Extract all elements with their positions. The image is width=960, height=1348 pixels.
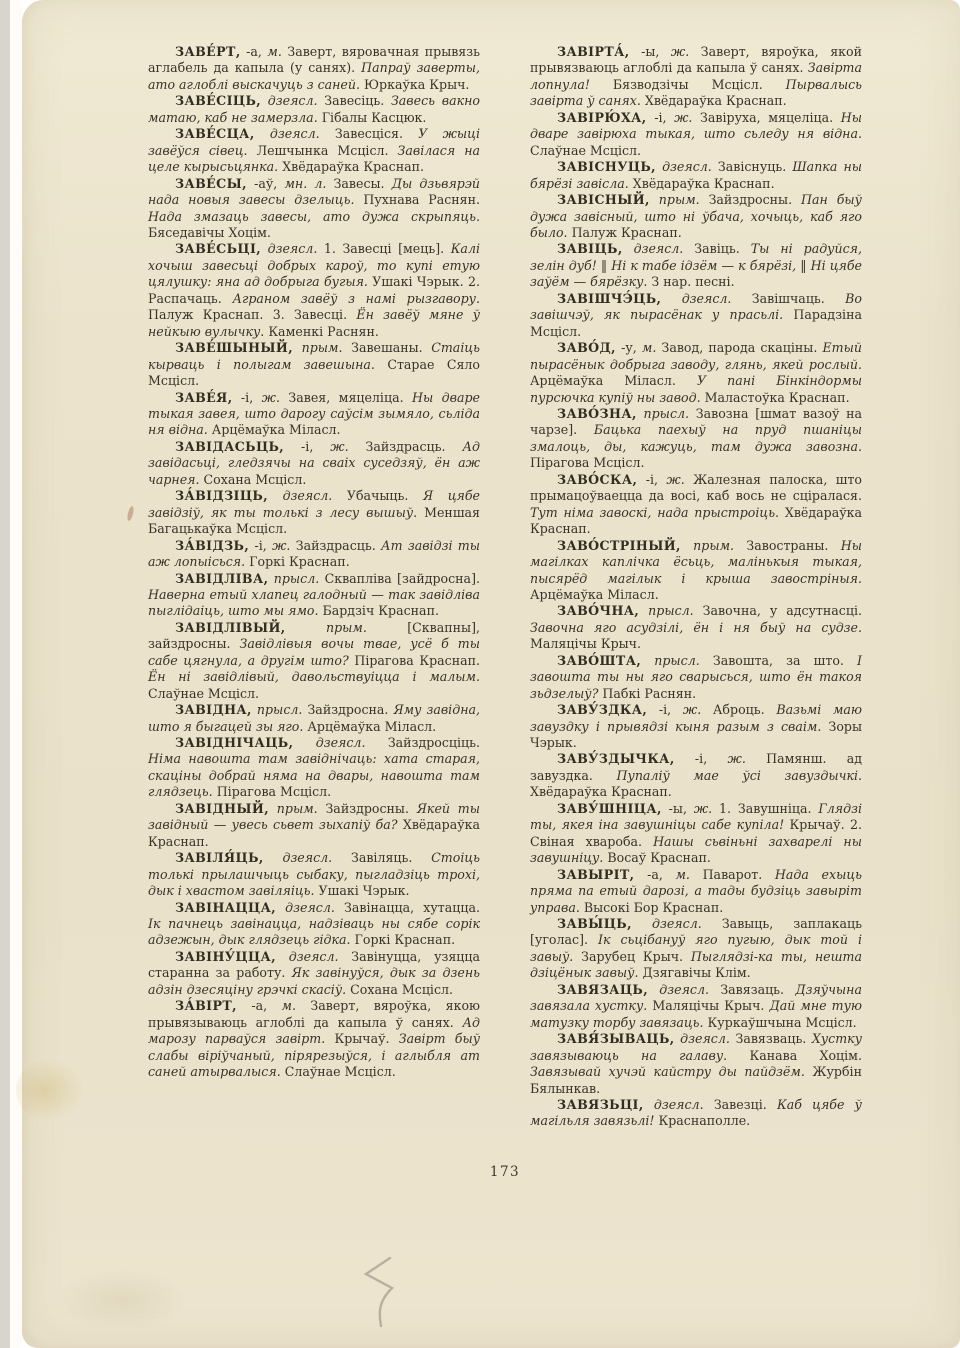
entry-text: ж. <box>262 390 280 405</box>
dictionary-entry: ЗА́ВІРТ, -а, м. Заверт, вяроўка, якою пр… <box>148 998 480 1080</box>
entry-text: -і, <box>637 472 666 487</box>
entry-text: -і, <box>675 751 728 766</box>
headword: ЗАВЕ́СЦА, <box>175 126 255 141</box>
dictionary-entry: ЗАВІДНІЧАЦЬ, дзеясл. Зайздросціць. Німа … <box>148 735 480 801</box>
headword: ЗАВЕ́Я, <box>175 390 232 405</box>
dictionary-entry: ЗА́ВІДЗЬ, -і, ж. Зайздрасць. Ат завідзі … <box>148 538 480 571</box>
dictionary-entry: ЗАВУ́ЗДЫЧКА, -і, ж. Памянш. ад завуздка.… <box>530 751 862 800</box>
book-page: ЗАВЕ́РТ, -а, м. Заверт, вяровачная прывя… <box>22 0 960 1348</box>
headword: ЗАВЕ́СЫ, <box>175 176 247 191</box>
left-column: ЗАВЕ́РТ, -а, м. Заверт, вяровачная прывя… <box>148 44 480 1130</box>
entry-text: Завязваць. <box>730 1031 812 1046</box>
entry-text: ж. <box>330 439 348 454</box>
entry-text: Завіснуць. <box>712 159 793 174</box>
entry-text: Арцёмаўка Міласл. <box>530 587 659 602</box>
dictionary-entry: ЗА́ВІДЗІЦЬ, дзеясл. Убачыць. Я цябе заві… <box>148 488 480 537</box>
dictionary-entry: ЗАВІШЧЭ́ЦЬ, дзеясл. Завішчаць. Во завішч… <box>530 291 862 340</box>
entry-text: -і, <box>249 538 272 553</box>
entry-text: -і, <box>647 702 683 717</box>
entry-text: Пірагова Краснап. <box>349 653 480 668</box>
dictionary-entry: ЗАВУ́ШНІЦА, -ы, ж. 1. Завушніца. Глядзі … <box>530 801 862 867</box>
entry-text: Зайздросціць. <box>365 735 480 750</box>
entry-text: дзеясл. <box>656 159 712 174</box>
entry-text: -аў, <box>247 176 285 191</box>
headword: ЗАВЕ́ШЫНЫЙ, <box>175 340 293 355</box>
dictionary-entry: ЗАВІСНУЦЬ, дзеясл. Завіснуць. Шапка ны б… <box>530 159 862 192</box>
dictionary-entry: ЗАВЕ́СЦА, дзеясл. Завесціся. У жыці завё… <box>148 126 480 175</box>
entry-text: Паварот. <box>690 867 775 882</box>
entry-text: м. <box>267 44 281 59</box>
entry-text: Канава Хоцім. <box>727 1048 862 1063</box>
headword: ЗАВЫ́ЦЬ, <box>557 916 632 931</box>
entry-text: м. <box>675 867 689 882</box>
headword: ЗАВІДАСЬЦЬ, <box>175 439 284 454</box>
headword: ЗАВУ́ШНІЦА, <box>557 801 662 816</box>
entry-text: ж. <box>683 702 701 717</box>
headword: ЗАВІНАЦЦА, <box>175 900 276 915</box>
headword: ЗАВІЛЯ́ЦЬ, <box>175 850 264 865</box>
entry-text: Маластоўка Краснап. <box>701 390 850 405</box>
entry-text: Палуж Краснап. 3. Завесці. <box>148 307 356 322</box>
dictionary-entry: ЗАВІНУ́ЦЦА, дзеясл. Завінуцца, узяцца ст… <box>148 949 480 998</box>
entry-text: прым. <box>269 801 318 816</box>
headword: ЗАВЕ́РТ, <box>175 44 241 59</box>
entry-text: дзеясл. <box>293 735 365 750</box>
entry-text: Бяседавічы Хоцім. <box>148 225 271 240</box>
entry-text: Крычаў. <box>325 1031 399 1046</box>
entry-text: прым. <box>286 620 367 635</box>
dictionary-entry: ЗАВІДНЫЙ, прым. Зайздросны. Якей ты заві… <box>148 801 480 850</box>
headword: ЗАВЯ́ЗЫВАЦЬ, <box>557 1031 675 1046</box>
headword: ЗАВІДЛІВЫЙ, <box>175 620 286 635</box>
paper-stain <box>56 1270 186 1330</box>
entry-text: Высокі Бор Краснап. <box>580 900 723 915</box>
headword: ЗАВО́СТРІНЫЙ, <box>557 538 681 553</box>
entry-text: 1. Завушніца. <box>712 801 818 816</box>
headword: ЗАВІСНЫЙ, <box>557 192 650 207</box>
entry-text: Хвёдараўка Краснап. <box>278 159 424 174</box>
dictionary-entry: ЗАВЕ́СІЦЬ, дзеясл. Завесіць. Завесь вакн… <box>148 93 480 126</box>
entry-text: Восаў Краснап. <box>603 850 710 865</box>
entry-text: ж. <box>671 44 689 59</box>
entry-text: дзеясл. <box>623 241 684 256</box>
entry-text: Завесціся. <box>320 126 419 141</box>
entry-text: Лешчынка Мсцісл. <box>248 143 398 158</box>
entry-text: прысл. <box>641 653 700 668</box>
entry-text: Куркаўшчына Мсцісл. <box>704 1015 857 1030</box>
dictionary-entry: ЗАВУ́ЗДКА, -і, ж. Аброць. Вазьмі маю зав… <box>530 702 862 751</box>
entry-text: прым. <box>293 340 342 355</box>
dictionary-entry: ЗАВЫ́ЦЬ, дзеясл. Завыць, заплакаць [угол… <box>530 916 862 982</box>
entry-text: Завінацца, хутацца. <box>335 900 480 915</box>
entry-text: прысл. <box>268 571 319 586</box>
entry-text: Сохана Мсцісл. <box>346 982 453 997</box>
entry-text: дзеясл. <box>261 93 317 108</box>
headword: ЗАВІНУ́ЦЦА, <box>175 949 276 964</box>
dictionary-entry: ЗАВЯЗЬЦІ, дзеясл. Завезці. Каб цябе ў ма… <box>530 1097 862 1130</box>
entry-text: 1. Завесці [мець]. <box>317 241 450 256</box>
entry-text: -а, <box>237 998 282 1013</box>
entry-text: Сохана Мсцісл. <box>200 472 307 487</box>
entry-text: -і, <box>232 390 261 405</box>
entry-text: ж. <box>694 801 712 816</box>
entry-text: Юркаўка Крыч. <box>360 77 469 92</box>
headword: ЗАВЯЗАЦЬ, <box>557 982 648 997</box>
headword: ЗАВІШЧЭ́ЦЬ, <box>557 291 661 306</box>
entry-text: Бязводзічы Мсцісл. <box>590 77 786 92</box>
entry-text: Зайздросны. <box>318 801 417 816</box>
headword: ЗАВІРЮ́ХА, <box>557 110 647 125</box>
headword: ЗАВО́ЧНА, <box>557 603 639 618</box>
entry-text: -ы, <box>630 44 671 59</box>
entry-text: прым. <box>681 538 734 553</box>
headword: ЗА́ВІРТ, <box>175 998 237 1013</box>
two-column-layout: ЗАВЕ́РТ, -а, м. Заверт, вяровачная прывя… <box>148 44 862 1130</box>
dictionary-entry: ЗАВІЛЯ́ЦЬ, дзеясл. Завіляць. Стоіць толь… <box>148 850 480 899</box>
entry-text: Горкі Краснап. <box>351 932 456 947</box>
dictionary-entry: ЗАВІРЮ́ХА, -і, ж. Завіруха, мяцеліца. Ны… <box>530 110 862 159</box>
entry-text: Завесіць. <box>318 93 391 108</box>
entry-text: Краснаполле. <box>654 1113 750 1128</box>
entry-text: Бардзіч Краснап. <box>318 603 438 618</box>
headword: ЗАВО́ШТА, <box>557 653 641 668</box>
headword: ЗАВІДНІЧАЦЬ, <box>175 735 293 750</box>
entry-text: ж. <box>666 472 684 487</box>
entry-text: м. <box>642 340 656 355</box>
entry-text: Хвёдараўка Краснап. <box>530 784 672 799</box>
entry-text: прысл. <box>252 702 303 717</box>
entry-text: Зарубец Крыч. <box>573 949 691 964</box>
headword: ЗАВІЦЬ, <box>557 241 623 256</box>
entry-text: -ы, <box>662 801 694 816</box>
dictionary-entry: ЗАВО́ШТА, прысл. Завошта, за што. І заво… <box>530 653 862 702</box>
entry-text: Ушакі Чэрык. <box>315 883 410 898</box>
entry-text: Пухнава Раснян. <box>354 192 480 207</box>
entry-text: Нада змазаць завесы, ато дужа скрыпяць. <box>148 209 480 224</box>
dictionary-entry: ЗАВЕ́СЫ, -аў, мн. л. Завесы. Ды дзьвярэй… <box>148 176 480 242</box>
entry-text: Каменкі Раснян. <box>264 324 379 339</box>
entry-text: Завея, мяцеліца. <box>280 390 412 405</box>
dictionary-entry: ЗАВО́СКА, -і, ж. Жалезная палоска, што п… <box>530 472 862 538</box>
entry-text: Убачыць. <box>332 488 423 503</box>
entry-text: Пупаліў мае ўсі завуздычкі. <box>617 768 862 783</box>
page-text-area: ЗАВЕ́РТ, -а, м. Заверт, вяровачная прывя… <box>148 44 862 1180</box>
entry-text: м. <box>282 998 296 1013</box>
dictionary-entry: ЗАВІДАСЬЦЬ, -і, ж. Зайздрасць. Ад завіда… <box>148 439 480 488</box>
dictionary-entry: ЗАВІЦЬ, дзеясл. Завіць. Ты ні радуйся, з… <box>530 241 862 290</box>
entry-text: Завошта, за што. <box>700 653 857 668</box>
entry-text: дзеясл. <box>264 850 333 865</box>
entry-text: дзеясл. <box>632 916 702 931</box>
entry-text: Завішчаць. <box>731 291 845 306</box>
entry-text: Завесы. <box>326 176 391 191</box>
dictionary-entry: ЗАВЕ́Я, -і, ж. Завея, мяцеліца. Ны дваре… <box>148 390 480 439</box>
entry-text: дзеясл. <box>261 241 317 256</box>
entry-text: Завязаць. <box>709 982 795 997</box>
entry-text: Хвёдараўка Краснап. <box>641 93 787 108</box>
headword: ЗАВУ́ЗДЫЧКА, <box>557 751 675 766</box>
entry-text: Палуж Краснап. <box>568 225 682 240</box>
dictionary-entry: ЗАВЕ́СЬЦІ, дзеясл. 1. Завесці [мець]. Ка… <box>148 241 480 340</box>
entry-text: Хвёдараўка Краснап. <box>629 176 775 191</box>
entry-text: -і, <box>284 439 330 454</box>
dictionary-entry: ЗАВЕ́ШЫНЫЙ, прым. Завешаны. Стаіць кырва… <box>148 340 480 389</box>
entry-text: Пабкі Раснян. <box>598 686 696 701</box>
dictionary-entry: ЗАВІДЛІВЫЙ, прым. [Сквапны], зайздросны.… <box>148 620 480 702</box>
entry-text: прысл. <box>639 603 693 618</box>
entry-text: Сквапліва [зайдросна]. <box>319 571 480 586</box>
entry-text: Зайздрасць. <box>290 538 381 553</box>
dictionary-entry: ЗАВІДЛІВА, прысл. Сквапліва [зайдросна].… <box>148 571 480 620</box>
dictionary-entry: ЗАВО́ЗНА, прысл. Завозна [шмат вазоў на … <box>530 406 862 472</box>
headword: ЗАВО́ЗНА, <box>557 406 637 421</box>
entry-text: Слаўнае Мсцісл. <box>148 686 259 701</box>
headword: ЗАВІДЛІВА, <box>175 571 268 586</box>
headword: ЗАВЕ́СІЦЬ, <box>175 93 261 108</box>
entry-text: ж. <box>728 751 746 766</box>
scan-gap-strip <box>10 0 22 1348</box>
handwritten-pen-mark <box>352 1252 422 1332</box>
entry-text: Завезці. <box>704 1097 777 1112</box>
headword: ЗАВО́СКА, <box>557 472 637 487</box>
entry-text: Завочна, у адсутнасці. <box>694 603 862 618</box>
entry-text: Маляцічы Крыч. <box>647 998 769 1013</box>
headword: ЗАВІДНА, <box>175 702 252 717</box>
entry-text: Ён ні завідлівый, давольствуіцца і малым… <box>148 669 480 684</box>
entry-text: -і, <box>647 110 675 125</box>
entry-text: Горкі Краснап. <box>245 554 350 569</box>
entry-text: дзеясл. <box>276 900 335 915</box>
entry-text: Завіруха, мяцеліца. <box>692 110 840 125</box>
entry-text: Завод, парода скаціны. <box>656 340 822 355</box>
entry-text: Арцёмаўка Міласл. <box>530 373 697 388</box>
entry-text: Аграном завёў з намі рызгавору. <box>232 291 480 306</box>
scan-edge-strip <box>0 0 10 1348</box>
dictionary-entry: ЗАВІДНА, прысл. Зайздросна. Яму завідна,… <box>148 702 480 735</box>
page-number: 173 <box>148 1164 862 1180</box>
entry-text: Аброць. <box>701 702 776 717</box>
dictionary-entry: ЗАВЯЗАЦЬ, дзеясл. Завязаць. Дзяўчына зав… <box>530 982 862 1031</box>
entry-text: Завязывай хучэй кайстру ды пайдзём. <box>530 1064 805 1079</box>
entry-text: Слаўнае Мсцісл. <box>281 1064 396 1079</box>
paper-stain <box>16 1058 86 1122</box>
entry-text: Завіляць. <box>332 850 431 865</box>
headword: ЗАВУ́ЗДКА, <box>557 702 647 717</box>
headword: ЗАВЕ́СЬЦІ, <box>175 241 261 256</box>
dictionary-entry: ЗАВІСНЫЙ, прым. Зайздросны. Пан быў дужа… <box>530 192 862 241</box>
headword: ЗАВІСНУЦЬ, <box>557 159 656 174</box>
dictionary-entry: ЗАВІРТА́, -ы, ж. Заверт, вяроўка, якой п… <box>530 44 862 110</box>
entry-text: Завіць. <box>683 241 750 256</box>
entry-text: Завешаны. <box>343 340 432 355</box>
entry-text: -а, <box>634 867 675 882</box>
entry-text: прым. <box>650 192 700 207</box>
dictionary-entry: ЗАВЕ́РТ, -а, м. Заверт, вяровачная прывя… <box>148 44 480 93</box>
entry-text: З нар. песні. <box>647 274 734 289</box>
entry-text: -а, <box>241 44 268 59</box>
entry-text: ж. <box>272 538 290 553</box>
dictionary-entry: ЗАВО́ЧНА, прысл. Завочна, у адсутнасці. … <box>530 603 862 652</box>
entry-text: -у, <box>616 340 642 355</box>
headword: ЗА́ВІДЗЬ, <box>175 538 249 553</box>
entry-text: дзеясл. <box>648 982 709 997</box>
paper-speck <box>126 506 134 522</box>
entry-text: Зайздросна. <box>302 702 393 717</box>
entry-text: Зайздросны. <box>700 192 801 207</box>
entry-text: Завостраны. <box>734 538 841 553</box>
entry-text: дзеясл. <box>661 291 731 306</box>
entry-text: дзеясл. <box>255 126 320 141</box>
entry-text: Арцёмаўка Міласл. <box>303 719 436 734</box>
headword: ЗАВЫРІТ, <box>557 867 634 882</box>
entry-text: Завочна яго асудзілі, ён і ня быў на суд… <box>530 620 862 635</box>
entry-text: дзеясл. <box>276 949 339 964</box>
dictionary-entry: ЗАВЫРІТ, -а, м. Паварот. Нада ехыць прям… <box>530 867 862 916</box>
entry-text: дзеясл. <box>675 1031 730 1046</box>
entry-text: Пірагова Мсцісл. <box>213 784 332 799</box>
entry-text: Пірагова Мсцісл. <box>530 455 645 470</box>
entry-text: Дзягавічы Клім. <box>638 965 750 980</box>
dictionary-entry: ЗАВО́Д, -у, м. Завод, парода скаціны. Ет… <box>530 340 862 406</box>
headword: ЗАВО́Д, <box>557 340 616 355</box>
entry-text: ж. <box>674 110 692 125</box>
entry-text: Арцёмаўка Міласл. <box>208 422 341 437</box>
headword: ЗАВЯЗЬЦІ, <box>557 1097 644 1112</box>
entry-text: прысл. <box>637 406 689 421</box>
entry-text: мн. л. <box>284 176 326 191</box>
entry-text: дзеясл. <box>644 1097 704 1112</box>
dictionary-entry: ЗАВО́СТРІНЫЙ, прым. Завостраны. Ны магіл… <box>530 538 862 604</box>
entry-text: Слаўнае Мсцісл. <box>530 143 641 158</box>
dictionary-entry: ЗАВІНАЦЦА, дзеясл. Завінацца, хутацца. І… <box>148 900 480 949</box>
dictionary-entry: ЗАВЯ́ЗЫВАЦЬ, дзеясл. Завязваць. Хустку з… <box>530 1031 862 1097</box>
entry-text: Маляцічы Крыч. <box>530 636 641 651</box>
entry-text: дзеясл. <box>268 488 332 503</box>
right-column: ЗАВІРТА́, -ы, ж. Заверт, вяроўка, якой п… <box>530 44 862 1130</box>
headword: ЗА́ВІДЗІЦЬ, <box>175 488 268 503</box>
entry-text: Зайздрасць. <box>349 439 463 454</box>
entry-text: Тут німа завоскі, нада прыстроіць. <box>530 505 779 520</box>
headword: ЗАВІДНЫЙ, <box>175 801 269 816</box>
headword: ЗАВІРТА́, <box>557 44 630 59</box>
entry-text: Гібалы Касцюк. <box>318 110 427 125</box>
